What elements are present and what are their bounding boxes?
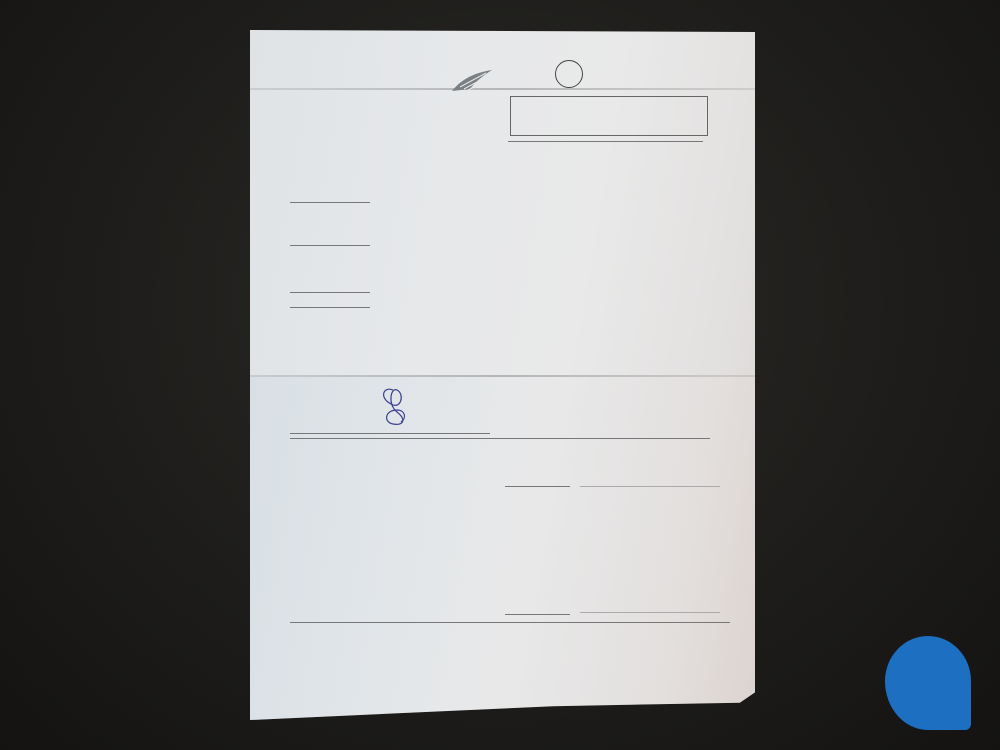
validity-box (510, 96, 708, 136)
fold-shade (250, 375, 755, 720)
rdw-leaf-logo-icon (450, 67, 494, 93)
signature-scribble-icon (375, 384, 415, 428)
fold-line (250, 375, 755, 377)
fold-line (250, 88, 755, 90)
bva-auctions-watermark (885, 636, 971, 730)
country-badge (555, 60, 583, 88)
inspection-report-paper (250, 30, 755, 720)
